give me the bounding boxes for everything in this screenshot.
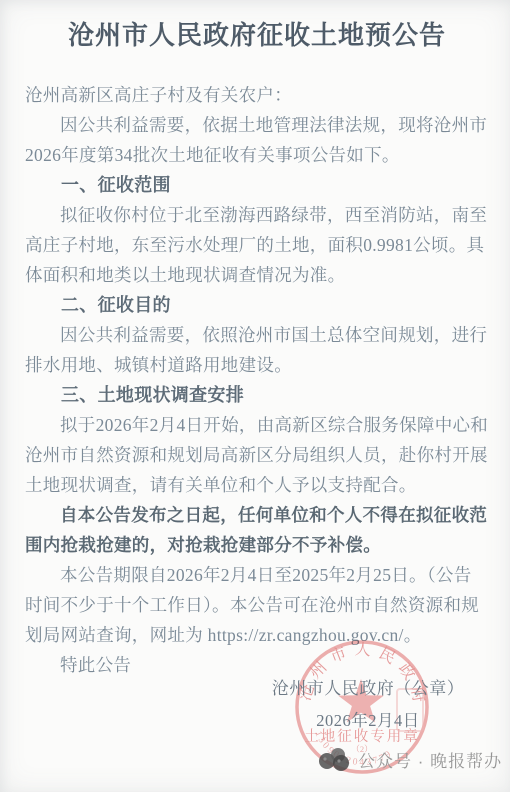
warning-paragraph: 自本公告发布之日起，任何单位和个人不得在拟征收范围内抢栽抢建的，对抢栽抢建部分不… <box>25 500 489 560</box>
document-body: 沧州市人民政府征收土地预公告 沧州高新区高庄子村及有关农户： 因公共利益需要，依… <box>0 0 510 680</box>
section-3-heading: 三、土地现状调查安排 <box>25 380 489 410</box>
intro-paragraph: 因公共利益需要，依据土地管理法律法规，现将沧州市2026年度第34批次土地征收有… <box>25 110 489 170</box>
section-1-body: 拟征收你村位于北至渤海西路绿带，西至消防站，南至高庄子村地，东至污水处理厂的土地… <box>25 200 489 290</box>
signature-date: 2026年2月4日 <box>268 706 468 736</box>
footer-watermark: 公众号 · 晚报帮办 <box>316 746 502 772</box>
section-2-body: 因公共利益需要，依照沧州市国土总体空间规划，进行排水用地、城镇村道路用地建设。 <box>25 320 489 380</box>
section-3-body: 拟于2026年2月4日开始，由高新区综合服务保障中心和沧州市自然资源和规划局高新… <box>25 410 489 500</box>
section-1-heading: 一、征收范围 <box>25 170 489 200</box>
section-2-heading: 二、征收目的 <box>25 290 489 320</box>
salutation: 沧州高新区高庄子村及有关农户： <box>25 80 489 110</box>
public-account-icon <box>316 746 352 772</box>
signature-authority: 沧州市人民政府（公章） <box>268 674 468 704</box>
announcement-document: 沧州市人民政府征收土地预公告 沧州高新区高庄子村及有关农户： 因公共利益需要，依… <box>0 0 510 792</box>
watermark-text: 公众号 · 晚报帮办 <box>358 747 502 772</box>
document-title: 沧州市人民政府征收土地预公告 <box>25 18 489 54</box>
signature-block: 沧州市人民政府（公章） 2026年2月4日 <box>268 674 468 736</box>
